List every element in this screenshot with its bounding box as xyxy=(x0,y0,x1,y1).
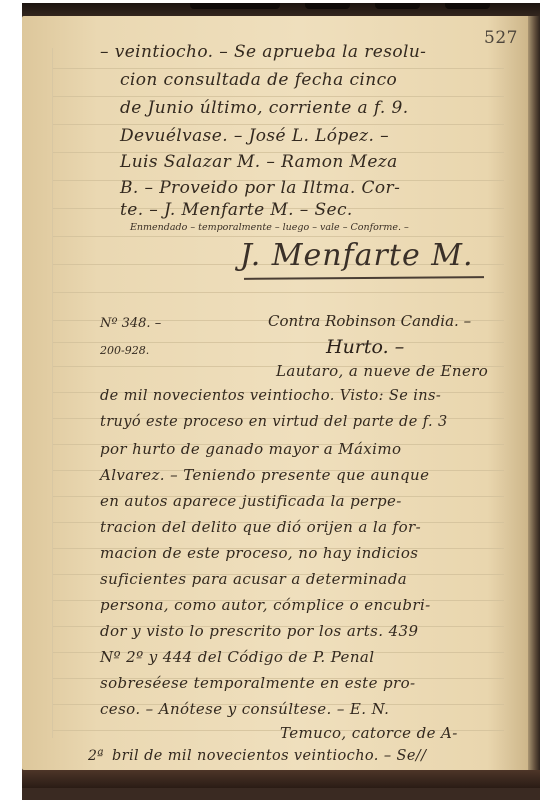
signature: J. Menfarte M. xyxy=(240,238,474,273)
text-line: bril de mil novecientos veintiocho. – Se… xyxy=(112,748,426,764)
margin-mark: 2ª xyxy=(88,748,104,764)
binding-tab xyxy=(375,3,420,9)
case-title: Hurto. – xyxy=(326,336,404,358)
text-line: macion de este proceso, no hay indicios xyxy=(100,544,418,562)
text-line: suficientes para acusar a determinada xyxy=(100,570,407,588)
text-line: de Junio último, corriente a f. 9. xyxy=(120,98,409,118)
page-stack-edge xyxy=(528,16,540,776)
text-line: Temuco, catorce de A- xyxy=(280,724,458,742)
amendment-note: Enmendado – temporalmente – luego – vale… xyxy=(130,222,409,233)
text-line: Lautaro, a nueve de Enero xyxy=(276,362,488,380)
text-line: cion consultada de fecha cinco xyxy=(120,70,397,90)
text-line: persona, como autor, cómplice o encubri- xyxy=(100,596,431,614)
case-reference: 200-928. xyxy=(100,344,149,357)
text-line: dor y visto lo prescrito por los arts. 4… xyxy=(100,622,418,640)
binding-tab xyxy=(305,3,350,9)
text-line: en autos aparece justificada la perpe- xyxy=(100,492,402,510)
case-number: Nº 348. – xyxy=(100,316,161,331)
text-line: Devuélvase. – José L. López. – xyxy=(120,126,389,146)
text-line: B. – Proveido por la Iltma. Cor- xyxy=(120,178,400,198)
text-line: ceso. – Anótese y consúltese. – E. N. xyxy=(100,700,389,718)
text-line: por hurto de ganado mayor a Máximo xyxy=(100,440,401,458)
text-line: Alvarez. – Teniendo presente que aunque xyxy=(100,466,429,484)
text-line: de mil novecientos veintiocho. Visto: Se… xyxy=(100,388,441,404)
binding-tab xyxy=(190,3,280,9)
case-party: Contra Robinson Candia. – xyxy=(268,312,471,330)
page-number: 527 xyxy=(484,28,518,48)
text-line: Nº 2º y 444 del Código de P. Penal xyxy=(100,648,374,666)
text-line: Luis Salazar M. – Ramon Meza xyxy=(120,152,398,172)
binding-tab xyxy=(445,3,490,9)
margin-line xyxy=(52,48,53,738)
text-line: tracion del delito que dió orijen a la f… xyxy=(100,518,421,536)
text-line: sobreséese temporalmente en este pro- xyxy=(100,674,416,692)
text-line: te. – J. Menfarte M. – Sec. xyxy=(120,200,353,220)
text-line: truyó este proceso en virtud del parte d… xyxy=(100,414,448,430)
text-line: – veintiocho. – Se aprueba la resolu- xyxy=(100,42,426,62)
